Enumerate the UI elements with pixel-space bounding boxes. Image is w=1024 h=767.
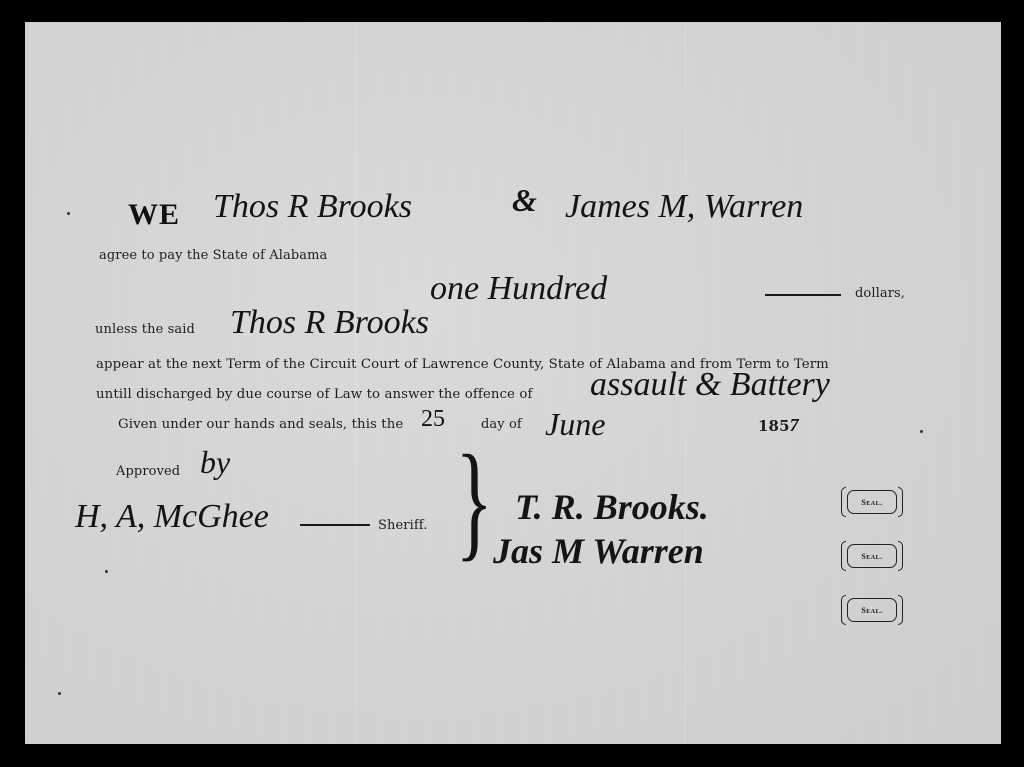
offence-handwritten: assault & Battery [590,366,830,404]
given-under-text: Given under our hands and seals, this th… [118,417,403,432]
principal-handwritten: Thos R Brooks [230,304,429,342]
seal-box-1: Seal. [847,490,897,514]
year-prefix: 185 [758,417,790,435]
unless-the-said-text: unless the said [95,322,195,337]
sheriff-label: Sheriff. [378,518,427,533]
obligor-1-handwritten: Thos R Brooks [213,188,412,226]
ampersand-handwritten: & [512,182,537,219]
seal-box-3: Seal. [847,598,897,622]
amount-dash [765,294,841,296]
brace-mark: } [455,426,492,576]
bond-document: WE Thos R Brooks & James M, Warren agree… [25,22,1001,744]
ink-speck [58,692,61,695]
paper-texture-line [355,22,356,744]
sheriff-signature: H, A, McGhee [75,498,269,536]
ink-speck [105,570,108,573]
untill-discharged-text: untill discharged by due course of Law t… [96,387,532,402]
ink-speck [67,212,70,215]
scan-frame: WE Thos R Brooks & James M, Warren agree… [0,0,1024,767]
obligor-2-handwritten: James M, Warren [565,188,803,226]
year-suffix-handwritten: 7 [790,415,799,435]
approved-by-handwritten: by [200,444,230,481]
ink-speck [920,430,923,433]
agree-to-pay-text: agree to pay the State of Alabama [99,248,327,263]
signature-warren: Jas M Warren [493,530,704,572]
we-heading: WE [128,198,180,232]
seal-box-2: Seal. [847,544,897,568]
sheriff-signature-tail [300,524,370,526]
signature-brooks: T. R. Brooks. [515,486,709,528]
dollars-text: dollars, [855,286,905,301]
approved-text: Approved [116,464,180,479]
day-handwritten: 25 [421,406,445,433]
month-handwritten: June [545,406,605,443]
amount-handwritten: one Hundred [430,270,607,308]
year-printed: 1857 [758,415,799,436]
